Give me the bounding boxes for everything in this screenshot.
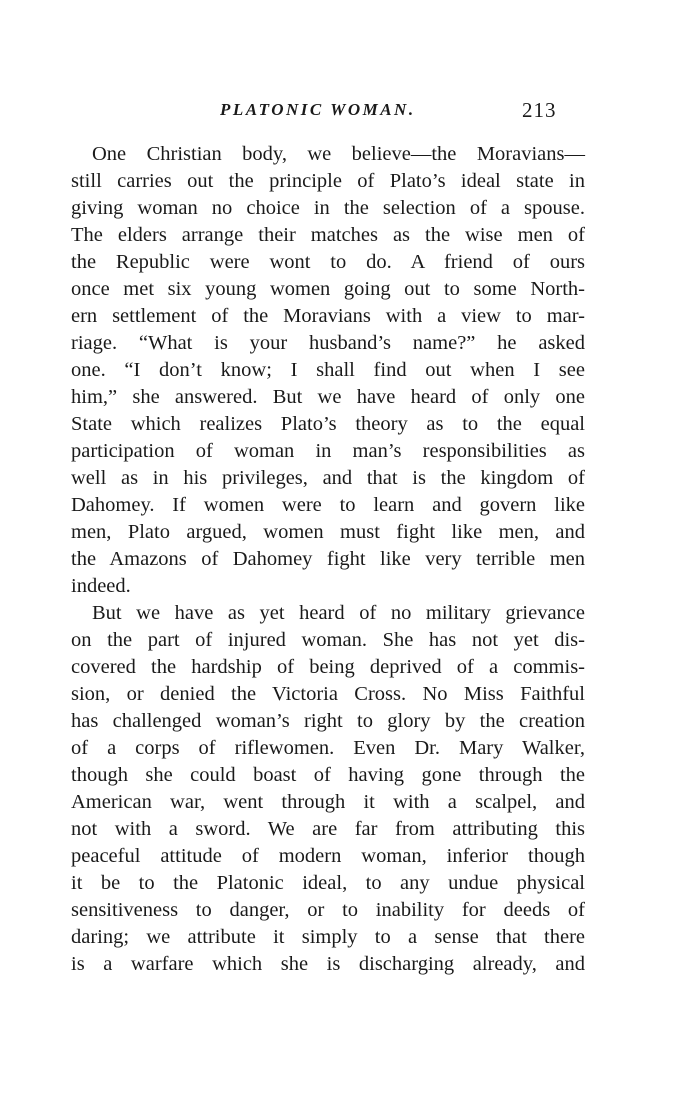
text-line: indeed. <box>71 573 585 600</box>
text-line: State which realizes Plato’s theory as t… <box>71 411 585 438</box>
paragraph-2: But we have as yet heard of no military … <box>71 600 585 978</box>
text-line: still carries out the principle of Plato… <box>71 168 585 195</box>
text-line: ern settlement of the Moravians with a v… <box>71 303 585 330</box>
page-number: 213 <box>522 98 557 123</box>
text-line: well as in his privileges, and that is t… <box>71 465 585 492</box>
text-line: on the part of injured woman. She has no… <box>71 627 585 654</box>
text-line: though she could boast of having gone th… <box>71 762 585 789</box>
text-line: But we have as yet heard of no military … <box>71 600 585 627</box>
text-line: of a corps of riflewomen. Even Dr. Mary … <box>71 735 585 762</box>
text-line: is a warfare which she is discharging al… <box>71 951 585 978</box>
text-line: not with a sword. We are far from attrib… <box>71 816 585 843</box>
text-line: covered the hardship of being deprived o… <box>71 654 585 681</box>
text-line: sion, or denied the Victoria Cross. No M… <box>71 681 585 708</box>
text-line: participation of woman in man’s responsi… <box>71 438 585 465</box>
running-title: PLATONIC WOMAN. <box>220 100 416 120</box>
text-line: riage. “What is your husband’s name?” he… <box>71 330 585 357</box>
text-line: it be to the Platonic ideal, to any undu… <box>71 870 585 897</box>
text-line: The elders arrange their matches as the … <box>71 222 585 249</box>
text-line: Dahomey. If women were to learn and gove… <box>71 492 585 519</box>
text-line: one. “I don’t know; I shall find out whe… <box>71 357 585 384</box>
body-text: One Christian body, we believe—the Morav… <box>71 141 585 978</box>
text-line: has challenged woman’s right to glory by… <box>71 708 585 735</box>
text-line: daring; we attribute it simply to a sens… <box>71 924 585 951</box>
text-line: the Republic were wont to do. A friend o… <box>71 249 585 276</box>
text-line: him,” she answered. But we have heard of… <box>71 384 585 411</box>
paragraph-1: One Christian body, we believe—the Morav… <box>71 141 585 600</box>
running-head: PLATONIC WOMAN. 213 <box>0 100 688 124</box>
text-line: American war, went through it with a sca… <box>71 789 585 816</box>
text-line: peaceful attitude of modern woman, infer… <box>71 843 585 870</box>
text-line: once met six young women going out to so… <box>71 276 585 303</box>
text-line: sensitiveness to danger, or to inability… <box>71 897 585 924</box>
text-line: men, Plato argued, women must fight like… <box>71 519 585 546</box>
text-line: One Christian body, we believe—the Morav… <box>71 141 585 168</box>
book-page: PLATONIC WOMAN. 213 One Christian body, … <box>0 0 688 1096</box>
text-line: the Amazons of Dahomey fight like very t… <box>71 546 585 573</box>
text-line: giving woman no choice in the selection … <box>71 195 585 222</box>
